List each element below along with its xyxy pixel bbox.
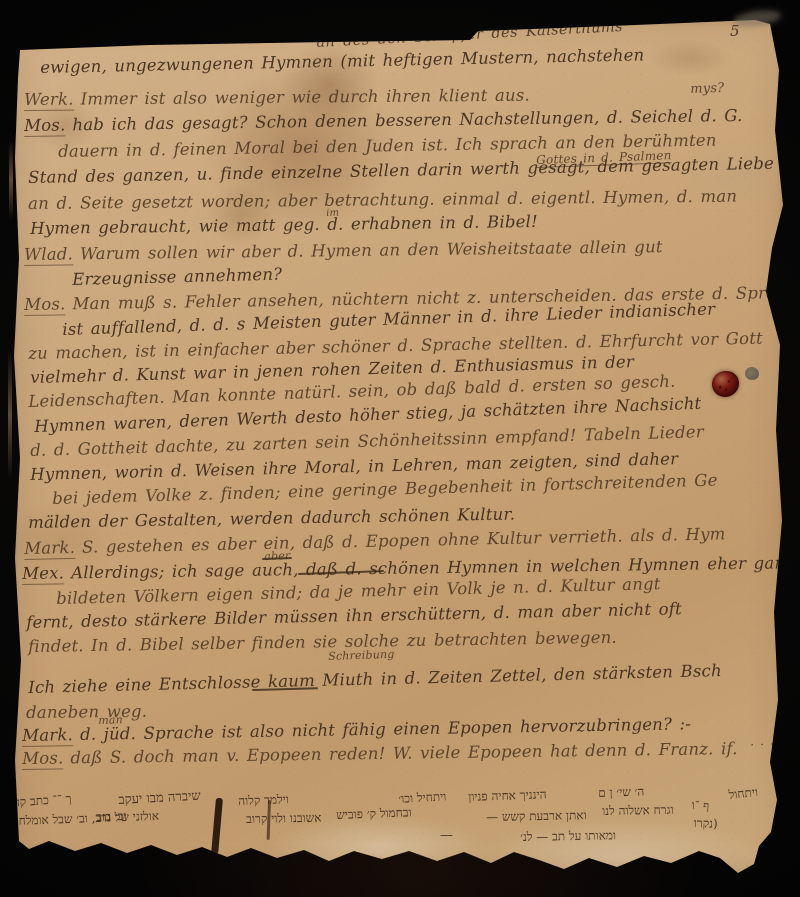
interlinear-insertion: Schreibung	[328, 648, 395, 663]
interlinear-insertion: mys?	[690, 81, 725, 97]
wax-seal	[712, 371, 739, 397]
hebrew-annotation: שיברה מבו יעקב	[118, 788, 201, 808]
manuscript-line: Mos.hab ich das gesagt? Schon denen bess…	[24, 106, 743, 135]
manuscript-line: Hymen gebraucht, wie matt geg. d. erhabn…	[30, 212, 538, 238]
gray-spot	[745, 367, 759, 380]
hebrew-annotation: (נקרו	[693, 816, 717, 832]
speaker-label: Mos.	[24, 115, 66, 137]
manuscript-line: Erzeugnisse annehmen?	[72, 265, 282, 289]
paper-sheet: an des den Schöpfer des Kaiserthums 5 ew…	[0, 0, 800, 897]
speaker-label: Mos.	[22, 748, 64, 770]
hebrew-annotation: ף ־ו	[691, 798, 709, 814]
interlinear-insertion: man	[98, 713, 123, 727]
photo-backdrop: an des den Schöpfer des Kaiserthums 5 ew…	[0, 0, 800, 897]
interlinear-insertion: aber	[264, 549, 291, 563]
hebrew-annotation: וכ׳ בזב	[96, 809, 127, 825]
manuscript-line: Wlad.Warum sollen wir aber d. Hymen an d…	[24, 237, 663, 264]
interlinear-insertion: · · ·	[750, 737, 775, 752]
speaker-label: Mex.	[22, 563, 64, 585]
manuscript-line: Werk.Immer ist also weniger wie durch ih…	[24, 86, 530, 109]
interlinear-insertion: im	[326, 208, 339, 219]
manuscript-line: mälden der Gestalten, werden dadurch sch…	[28, 505, 515, 532]
manuscript-line: Mos.daß S. doch man v. Epopeen reden! W.…	[22, 739, 738, 768]
hebrew-annotation: ובחמול ק׳ פוביש	[336, 805, 412, 823]
hebrew-annotation: אולזני של נדב, וב׳ שבל אומלחוז	[12, 809, 159, 829]
hebrew-annotation: וילמד קלוה	[238, 792, 289, 809]
page-edge-sliver	[9, 140, 13, 220]
manuscript-line: Ich ziehe eine Entschlosse kaum Miuth in…	[28, 661, 722, 697]
ink-stroke	[211, 798, 223, 854]
hebrew-annotation: ואתן ארבעת קשש —	[486, 808, 587, 825]
hebrew-annotation: ויתחול	[728, 785, 759, 803]
hebrew-annotation: ך ־־ כתב קדם	[6, 791, 72, 811]
hebrew-annotation: ה׳ שי׳ ן ם	[598, 784, 645, 801]
hebrew-annotation: וגרח אשלוה לנו	[602, 803, 674, 819]
hebrew-annotation: ומאותו על תב — לנ׳	[520, 828, 616, 845]
manuscript-line: ewigen, ungezwungenen Hymnen (mit heftig…	[40, 45, 645, 77]
manuscript-line: daneben weg.	[26, 702, 147, 722]
speaker-label: Mark.	[24, 538, 75, 560]
manuscript-line: findet. In d. Bibel selber finden sie so…	[28, 628, 617, 656]
speaker-label: Werk.	[24, 90, 74, 111]
speaker-label: Wlad.	[24, 244, 73, 266]
manuscript-line: Mex.Allerdings; ich sage auch, daß d. sc…	[22, 553, 785, 583]
page-edge-sliver	[8, 350, 12, 480]
manuscript-line: an d. Seite gesetzt worden; aber betrach…	[28, 187, 737, 213]
smudge-mark	[732, 8, 782, 30]
hebrew-annotation: —	[440, 828, 453, 843]
hebrew-annotation: ויתחיל וכו׳	[398, 789, 447, 806]
hebrew-annotation: אשובנו ולוי קרוב	[246, 811, 321, 827]
speaker-label: Mos.	[24, 294, 66, 316]
speaker-label: Mark.	[22, 725, 73, 747]
hebrew-annotation: הינניך אחיה פניון	[468, 787, 547, 805]
